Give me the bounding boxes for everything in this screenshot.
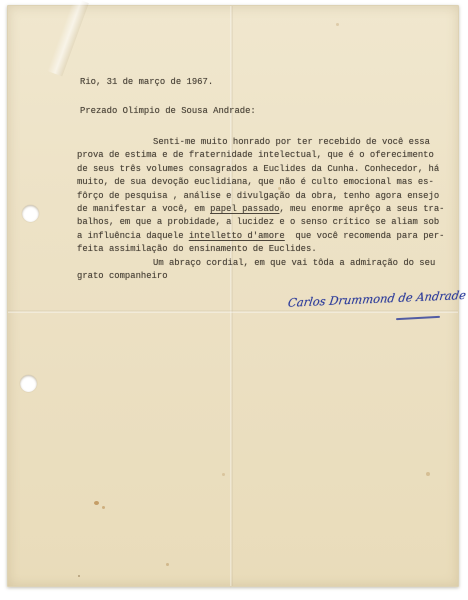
foxing-stain [426, 472, 430, 476]
text-segment: grato companheiro [77, 271, 168, 281]
text-segment: Um abraço cordial, em que vai tôda a adm… [153, 258, 435, 268]
letter-line: a influência daquele intelletto d'amore … [77, 230, 457, 243]
foxing-stain [336, 23, 339, 26]
underlined-phrase: papel passado [210, 204, 279, 214]
foxing-stain [78, 575, 80, 577]
signature-underline-flourish [396, 316, 440, 320]
letter-line: balhos, em que a probidade, a lucidez e … [77, 216, 457, 229]
letter-line: muito, de sua devoção euclidiana, que nã… [77, 176, 457, 189]
foxing-stain [222, 473, 225, 476]
foxing-stain [166, 563, 169, 566]
fold-crease-diagonal [47, 0, 89, 76]
text-segment: balhos, em que a probidade, a lucidez e … [77, 217, 439, 227]
text-segment: fôrço de pesquisa , análise e divulgação… [77, 191, 439, 201]
text-segment: de seus três volumes consagrados a Eucli… [77, 164, 439, 174]
salutation: Prezado Olímpio de Sousa Andrade: [80, 106, 256, 116]
underlined-phrase: intelletto d'amore [189, 231, 285, 241]
punch-hole [20, 375, 37, 392]
letter-line: feita assimilação do ensinamento de Eucl… [77, 243, 457, 256]
letter-line: de manifestar a você, em papel passado, … [77, 203, 457, 216]
letter-line: de seus três volumes consagrados a Eucli… [77, 163, 457, 176]
letter-line: Um abraço cordial, em que vai tôda a adm… [77, 257, 457, 270]
handwritten-signature: Carlos Drummond de Andrade [287, 288, 459, 310]
text-segment: muito, de sua devoção euclidiana, que nã… [77, 177, 434, 187]
punch-hole [22, 205, 39, 222]
foxing-stain [94, 501, 99, 505]
date-line: Rio, 31 de março de 1967. [80, 77, 213, 87]
letter-line: Senti-me muito honrado por ter recebido … [77, 136, 457, 149]
text-segment: prova de estima e de fraternidade intele… [77, 150, 434, 160]
fold-crease-horizontal [8, 310, 458, 313]
text-segment: de manifestar a você, em [77, 204, 210, 214]
letter-page: Rio, 31 de março de 1967. Prezado Olímpi… [7, 5, 459, 587]
text-segment: que você recomenda para per- [285, 231, 445, 241]
text-segment: , meu enorme aprêço a seus tra- [279, 204, 444, 214]
text-segment: Senti-me muito honrado por ter recebido … [153, 137, 430, 147]
fold-crease-vertical [230, 6, 233, 586]
letter-line: prova de estima e de fraternidade intele… [77, 149, 457, 162]
text-segment: feita assimilação do ensinamento de Eucl… [77, 244, 317, 254]
foxing-stain [102, 506, 105, 509]
letter-line: fôrço de pesquisa , análise e divulgação… [77, 190, 457, 203]
letter-line: grato companheiro [77, 270, 457, 283]
text-segment: a influência daquele [77, 231, 189, 241]
letter-body: Senti-me muito honrado por ter recebido … [77, 136, 457, 283]
